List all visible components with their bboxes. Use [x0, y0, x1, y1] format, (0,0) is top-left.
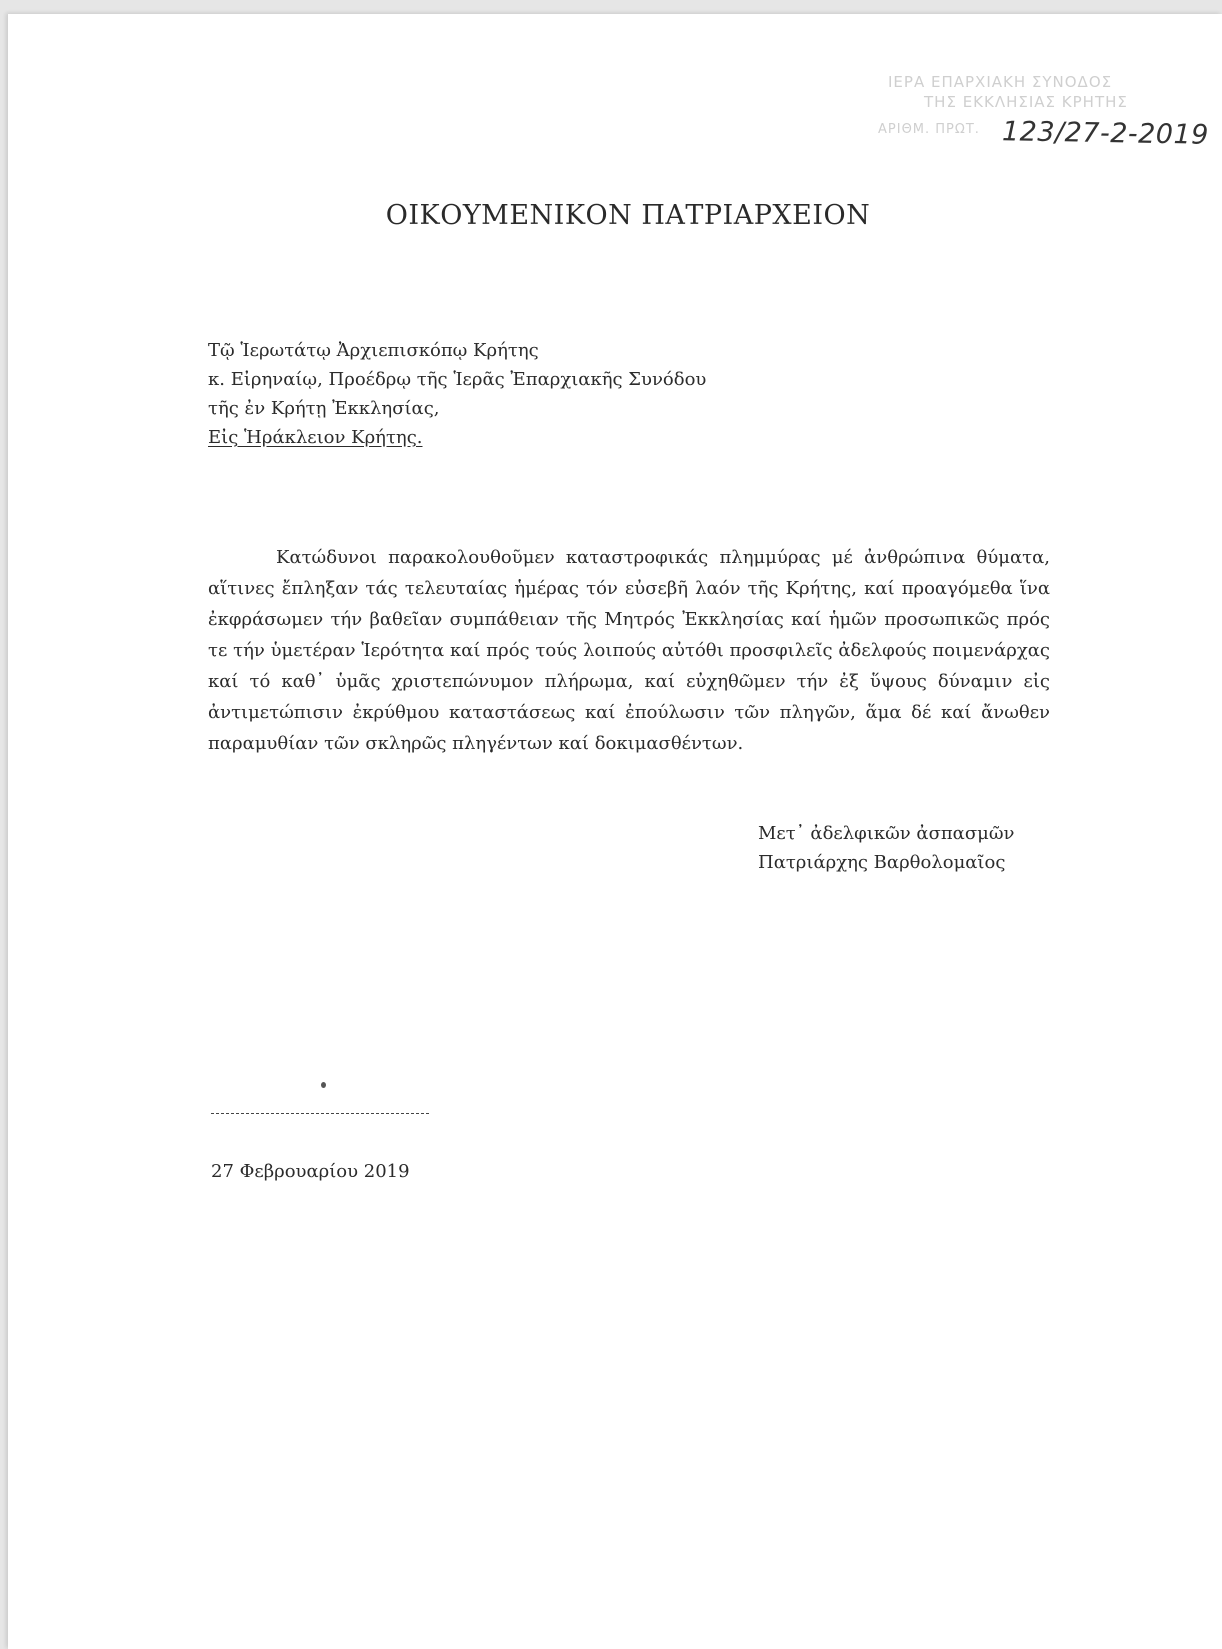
address-line: τῆς ἐν Κρήτῃ Ἐκκλησίας,: [208, 394, 706, 423]
closing-greeting: Μετ᾽ ἀδελφικῶν ἀσπασμῶν: [758, 819, 1014, 848]
address-line: Τῷ Ἱερωτάτῳ Ἀρχιεπισκόπῳ Κρήτης: [208, 336, 706, 365]
stamp-line-2: ΤΗΣ ΕΚΚΛΗΣΙΑΣ ΚΡΗΤΗΣ: [924, 92, 1128, 112]
letter-body: Κατώδυνοι παρακολουθοῦμεν καταστροφικάς …: [208, 542, 1050, 759]
recipient-address: Τῷ Ἱερωτάτῳ Ἀρχιεπισκόπῳ Κρήτης κ. Εἰρην…: [208, 336, 706, 452]
letter-date: 27 Φεβρουαρίου 2019: [211, 1161, 410, 1182]
date-rule: [211, 1113, 429, 1114]
address-line: κ. Εἰρηναίῳ, Προέδρῳ τῆς Ἱερᾶς Ἐπαρχιακῆ…: [208, 365, 706, 394]
stamp-line-3: ΑΡΙΘΜ. ΠΡΩΤ.: [878, 120, 980, 140]
stamp-line-1: ΙΕΡΑ ΕΠΑΡΧΙΑΚΗ ΣΥΝΟΔΟΣ: [888, 72, 1112, 92]
document-page: ΙΕΡΑ ΕΠΑΡΧΙΑΚΗ ΣΥΝΟΔΟΣ ΤΗΣ ΕΚΚΛΗΣΙΑΣ ΚΡΗ…: [8, 14, 1222, 1649]
closing-block: Μετ᾽ ἀδελφικῶν ἀσπασμῶν Πατριάρχης Βαρθο…: [758, 819, 1014, 877]
document-title: ΟΙΚΟΥΜΕΝΙΚΟΝ ΠΑΤΡΙΑΡΧΕΙΟΝ: [8, 200, 1222, 231]
address-destination: Εἰς Ἡράκλειον Κρήτης.: [208, 423, 706, 452]
signature: Πατριάρχης Βαρθολομαῖος: [758, 848, 1014, 877]
protocol-number: 123/27-2-2019: [1002, 116, 1209, 151]
ink-dot: [321, 1082, 326, 1088]
